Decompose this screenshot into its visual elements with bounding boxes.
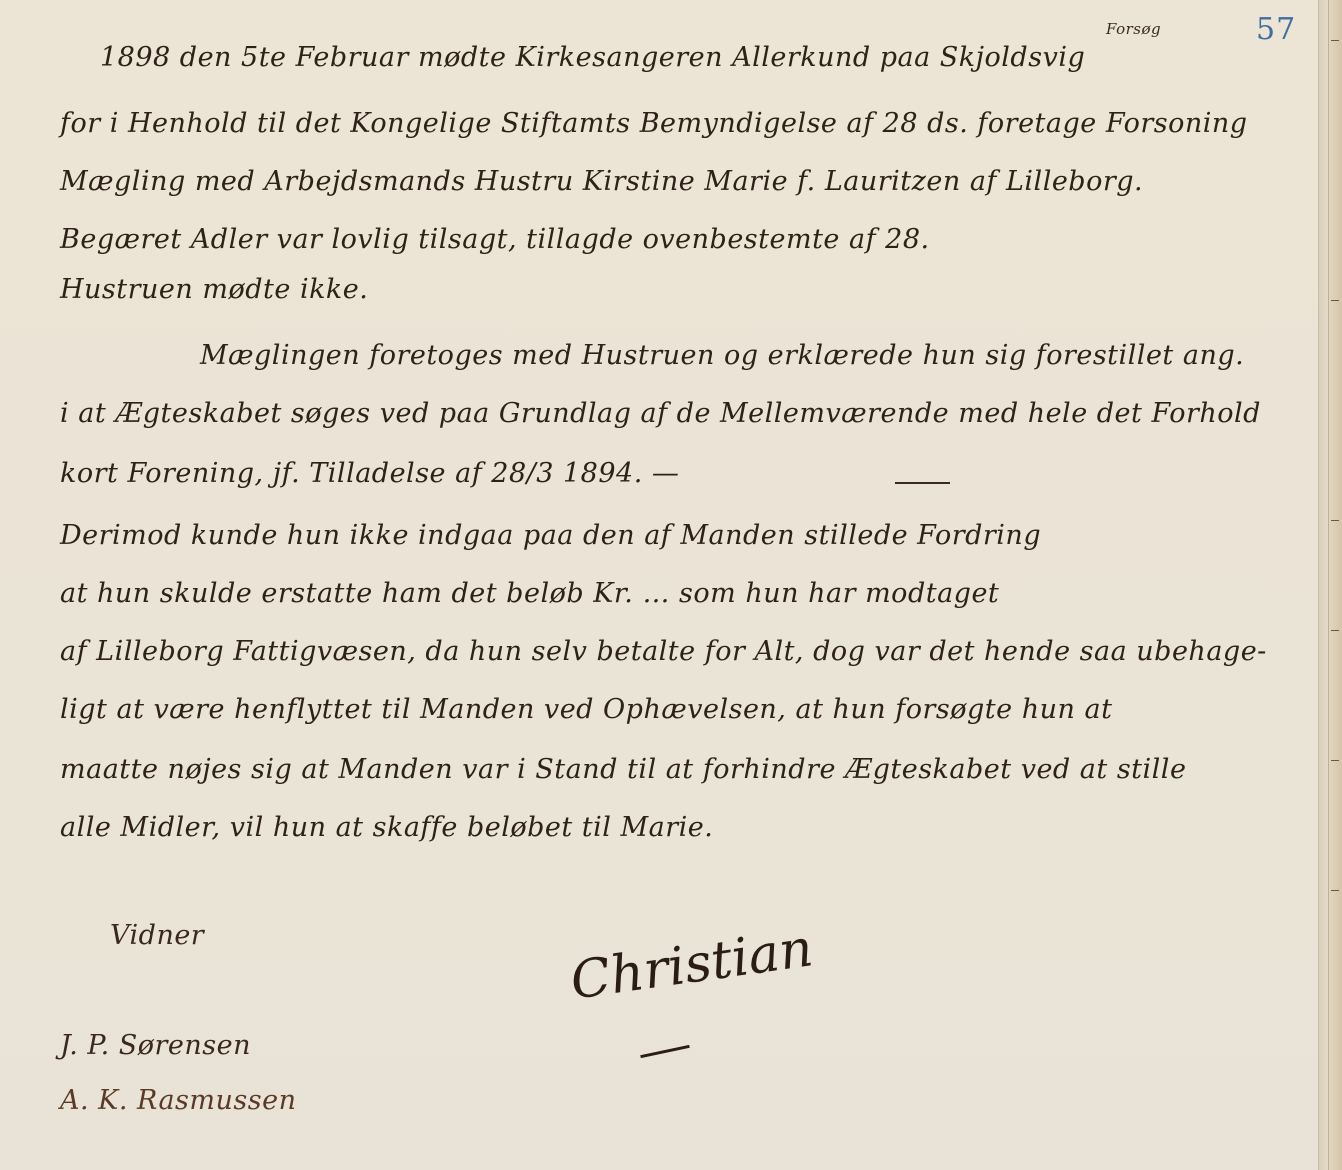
text-line-13: maatte nøjes sig at Manden var i Stand t… — [60, 754, 1186, 785]
edge-mark — [1331, 890, 1339, 891]
text-line-1: 1898 den 5te Februar mødte Kirkesangeren… — [100, 42, 1085, 73]
text-line-4: Begæret Adler var lovlig tilsagt, tillag… — [60, 224, 930, 255]
text-line-7: i at Ægteskabet søges ved paa Grundlag a… — [60, 398, 1261, 429]
text-line-12: ligt at være henflyttet til Manden ved O… — [60, 694, 1112, 725]
text-line-8: kort Forening, jf. Tilladelse af 28/3 18… — [60, 458, 679, 489]
witness-signature-1: J. P. Sørensen — [60, 1030, 251, 1061]
text-line-5: Hustruen mødte ikke. — [60, 274, 368, 305]
text-line-10: at hun skulde erstatte ham det beløb Kr.… — [60, 578, 999, 609]
text-line-14: alle Midler, vil hun at skaffe beløbet t… — [60, 812, 713, 843]
text-line-9: Derimod kunde hun ikke indgaa paa den af… — [60, 520, 1041, 551]
text-line-3: Mægling med Arbejdsmands Hustru Kirstine… — [60, 166, 1143, 197]
end-dash — [895, 482, 950, 484]
witness-label: Vidner — [110, 920, 204, 951]
edge-mark — [1331, 630, 1339, 631]
edge-mark — [1331, 300, 1339, 301]
signature-underline — [640, 1045, 690, 1058]
page-number: 57 — [1256, 12, 1296, 47]
edge-mark — [1331, 40, 1339, 41]
text-line-6: Mæglingen foretoges med Hustruen og erkl… — [200, 340, 1244, 371]
text-line-11: af Lilleborg Fattigvæsen, da hun selv be… — [60, 636, 1267, 667]
officiant-signature: Christian — [567, 918, 816, 1011]
text-line-2: for i Henhold til det Kongelige Stiftamt… — [60, 108, 1248, 139]
edge-mark — [1331, 520, 1339, 521]
page-edge-outer — [1328, 0, 1342, 1170]
witness-signature-2: A. K. Rasmussen — [60, 1085, 296, 1116]
edge-mark — [1331, 760, 1339, 761]
ledger-page: 57 Forsøg 1898 den 5te Februar mødte Kir… — [0, 0, 1318, 1170]
interlinear-insertion: Forsøg — [1106, 20, 1161, 38]
